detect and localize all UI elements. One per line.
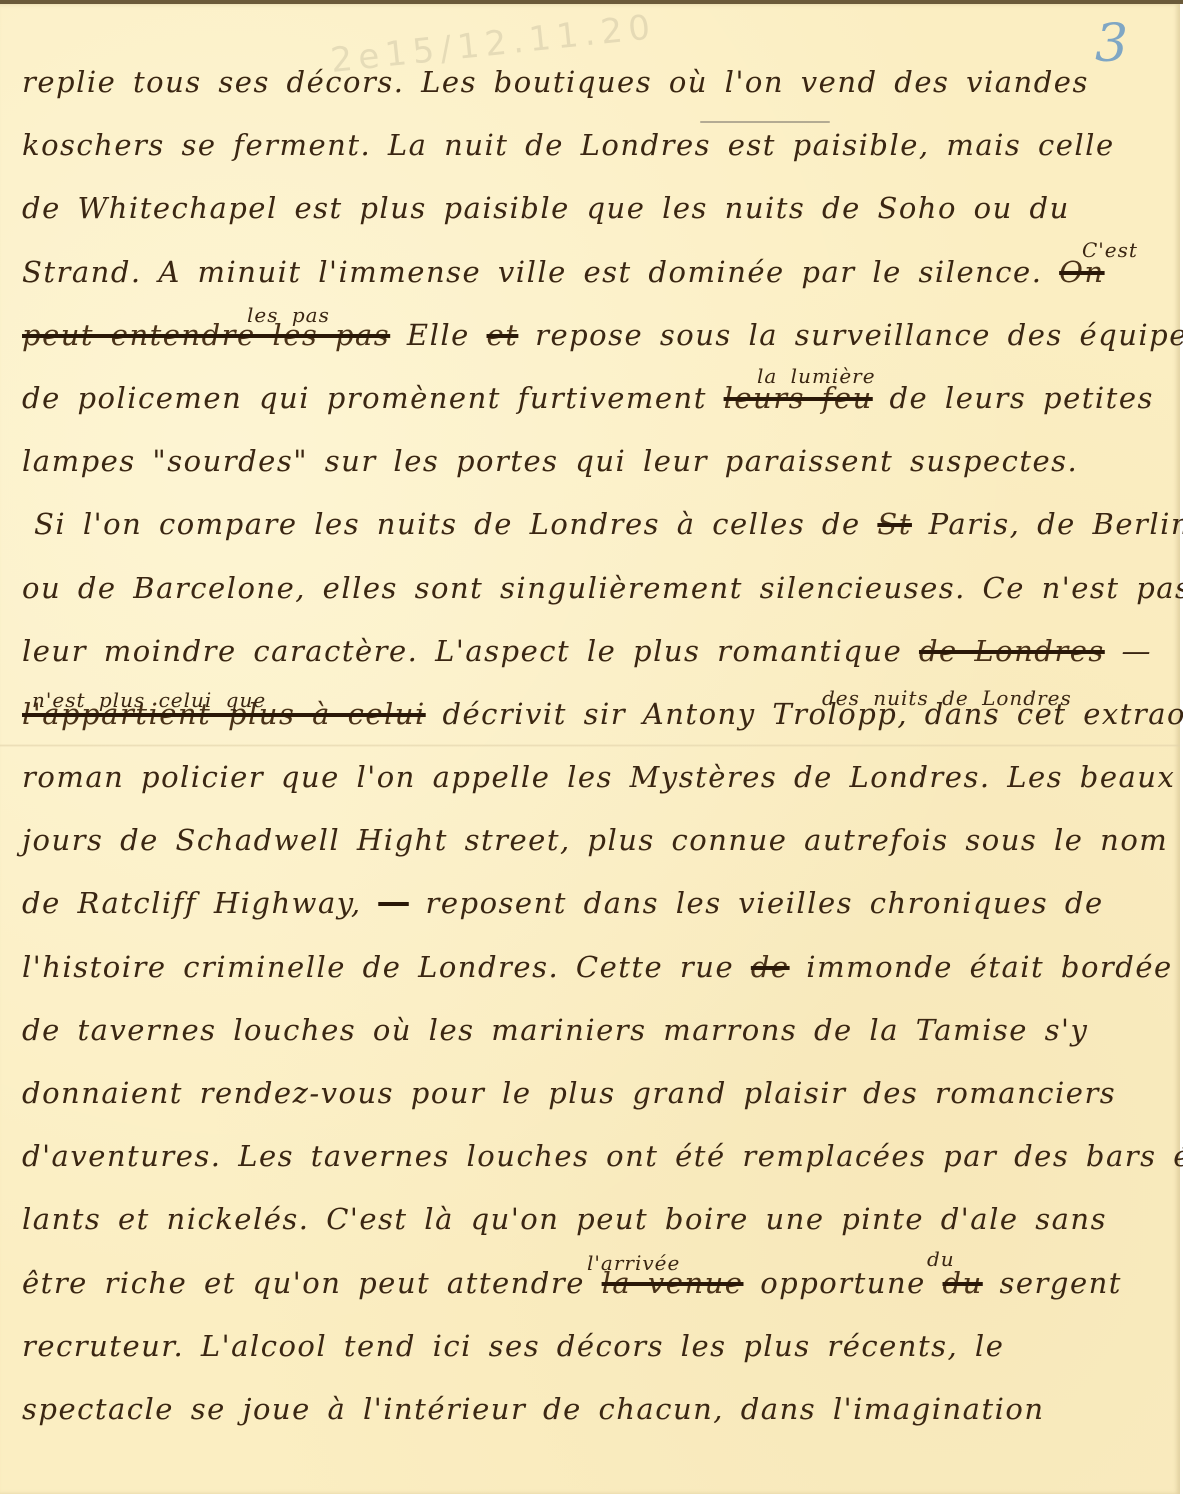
line-text: lampes "sourdes" sur les portes qui leur… bbox=[22, 444, 1078, 478]
line-text: ou de Barcelone, elles sont singulièreme… bbox=[22, 571, 1183, 605]
line-text: jours de Schadwell Hight street, plus co… bbox=[22, 823, 1168, 857]
interlinear-insert: n'est plus celui que bbox=[32, 680, 266, 720]
manuscript-line-20: être riche et qu'on peut attendre la ven… bbox=[22, 1263, 1162, 1326]
line-text: koschers se ferment. La nuit de Londres … bbox=[22, 128, 1115, 162]
manuscript-line-7: lampes "sourdes" sur les portes qui leur… bbox=[22, 441, 1162, 504]
manuscript-line-11: n'est plus celui que des nuits de Londre… bbox=[22, 694, 1162, 757]
manuscript-line-18: d'aventures. Les tavernes louches ont ét… bbox=[22, 1136, 1162, 1199]
manuscript-line-21: recruteur. L'alcool tend ici ses décors … bbox=[22, 1326, 1162, 1389]
line-text: de tavernes louches où les mariniers mar… bbox=[22, 1013, 1088, 1047]
manuscript-line-16: de tavernes louches où les mariniers mar… bbox=[22, 1010, 1162, 1073]
manuscript-line-5: peut entendre les pas Elle et repose sou… bbox=[22, 315, 1162, 378]
struck-text: de Londres bbox=[919, 634, 1105, 668]
line-text: repose sous la surveillance des équipes bbox=[535, 318, 1183, 352]
manuscript-text-body: replie tous ses décors. Les boutiques où… bbox=[22, 62, 1162, 1452]
manuscript-line-14: de Ratcliff Highway, — reposent dans les… bbox=[22, 883, 1162, 946]
scan-bottom-edge bbox=[0, 1494, 1183, 1500]
line-text: Si l'on compare les nuits de Londres à c… bbox=[34, 507, 861, 541]
struck-text: St bbox=[877, 507, 912, 541]
line-text: spectacle se joue à l'intérieur de chacu… bbox=[22, 1392, 1045, 1426]
line-text: donnaient rendez-vous pour le plus grand… bbox=[22, 1076, 1116, 1110]
manuscript-line-6: de policemen qui promènent furtivement l… bbox=[22, 378, 1162, 441]
manuscript-line-4: Strand. A minuit l'immense ville est dom… bbox=[22, 252, 1162, 315]
line-text: reposent dans les vieilles chroniques de bbox=[425, 886, 1103, 920]
line-text: lants et nickelés. C'est là qu'on peut b… bbox=[22, 1202, 1107, 1236]
line-text: roman policier que l'on appelle les Myst… bbox=[22, 760, 1175, 794]
interlinear-insert: les pas bbox=[247, 295, 330, 335]
interlinear-insert: C'est bbox=[1082, 230, 1138, 270]
manuscript-line-17: donnaient rendez-vous pour le plus grand… bbox=[22, 1073, 1162, 1136]
line-text: leur moindre caractère. L'aspect le plus… bbox=[22, 634, 902, 668]
manuscript-line-2: koschers se ferment. La nuit de Londres … bbox=[22, 125, 1162, 188]
manuscript-line-13: jours de Schadwell Hight street, plus co… bbox=[22, 820, 1162, 883]
line-text: — bbox=[1122, 634, 1153, 668]
line-text: opportune bbox=[760, 1266, 926, 1300]
line-text: d'aventures. Les tavernes louches ont ét… bbox=[22, 1139, 1183, 1173]
line-text: sergent bbox=[999, 1266, 1121, 1300]
manuscript-line-9: ou de Barcelone, elles sont singulièreme… bbox=[22, 568, 1162, 631]
struck-text: de bbox=[751, 950, 790, 984]
manuscript-line-22: spectacle se joue à l'intérieur de chacu… bbox=[22, 1389, 1162, 1452]
line-text: Elle bbox=[407, 318, 470, 352]
manuscript-line-8: Si l'on compare les nuits de Londres à c… bbox=[22, 504, 1162, 567]
line-text: décrivit sir Antony Trolopp, dans cet ex… bbox=[442, 697, 1183, 731]
struck-text: peut entendre les pas bbox=[22, 318, 390, 352]
manuscript-line-3: de Whitechapel est plus paisible que les… bbox=[22, 188, 1162, 251]
interlinear-insert: l'arrivée bbox=[587, 1243, 680, 1283]
line-text: de policemen qui promènent furtivement bbox=[22, 381, 707, 415]
manuscript-line-1: replie tous ses décors. Les boutiques où… bbox=[22, 62, 1162, 125]
manuscript-page: 2e15/12.11.20 3 replie tous ses décors. … bbox=[0, 4, 1180, 1494]
line-text: Paris, de Berlin bbox=[929, 507, 1183, 541]
manuscript-line-12: roman policier que l'on appelle les Myst… bbox=[22, 757, 1162, 820]
line-text: de leurs petites bbox=[889, 381, 1153, 415]
line-text: replie tous ses décors. Les boutiques où… bbox=[22, 65, 1089, 99]
line-text: l'histoire criminelle de Londres. Cette … bbox=[22, 950, 734, 984]
line-text: de Whitechapel est plus paisible que les… bbox=[22, 191, 1070, 225]
interlinear-insert: des nuits de Londres bbox=[822, 678, 1072, 718]
interlinear-insert: du bbox=[927, 1239, 955, 1279]
interlinear-insert: la lumière bbox=[757, 356, 876, 396]
line-text: recruteur. L'alcool tend ici ses décors … bbox=[22, 1329, 1004, 1363]
manuscript-line-15: l'histoire criminelle de Londres. Cette … bbox=[22, 947, 1162, 1010]
struck-text: — bbox=[378, 886, 409, 920]
line-text: de Ratcliff Highway, bbox=[22, 886, 362, 920]
struck-text: et bbox=[487, 318, 519, 352]
line-text: être riche et qu'on peut attendre bbox=[22, 1266, 585, 1300]
line-text: immonde était bordée bbox=[806, 950, 1172, 984]
line-text: Strand. A minuit l'immense ville est dom… bbox=[22, 255, 1042, 289]
